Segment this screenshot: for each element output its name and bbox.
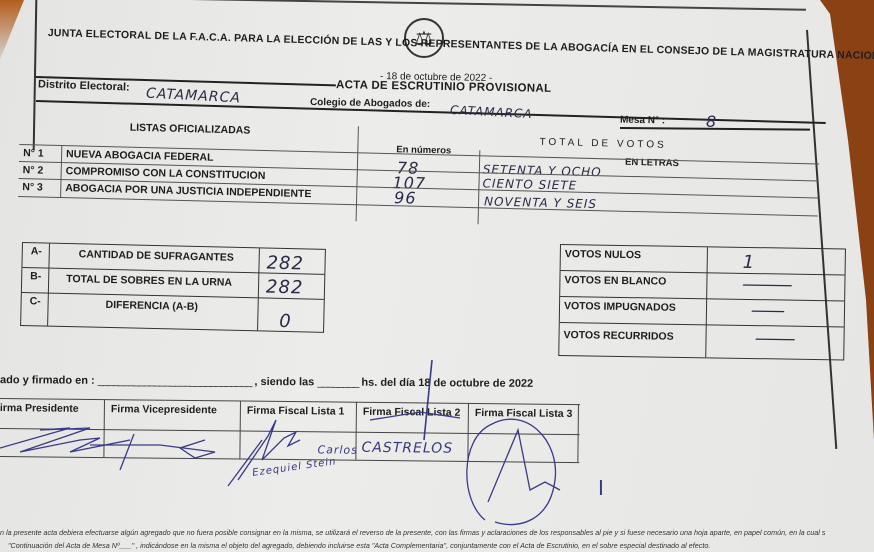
row-key: A- bbox=[31, 245, 42, 257]
date-text: hs. del día 18 de octubre de 2022 bbox=[361, 377, 533, 390]
votes-value: — bbox=[740, 274, 794, 296]
signatures-table: irma Presidente Firma Vicepresidente Fir… bbox=[0, 398, 580, 464]
column-divider bbox=[705, 247, 708, 357]
list-votes: 96 bbox=[394, 188, 417, 208]
row-divider bbox=[560, 322, 844, 327]
header-presidente: irma Presidente bbox=[0, 398, 104, 419]
list-votes-letters: NOVENTA Y SEIS bbox=[484, 194, 597, 211]
document: ⚖ JUNTA ELECTORAL DE LA F.A.C.A. PARA LA… bbox=[0, 0, 874, 552]
votes-label: VOTOS IMPUGNADOS bbox=[564, 300, 676, 314]
time-blank[interactable]: ________ bbox=[317, 376, 358, 388]
votes-value: — bbox=[750, 300, 786, 322]
lists-header: LISTAS OFICIALIZADAS bbox=[130, 122, 251, 137]
mesa-label: Mesa N° : bbox=[620, 115, 665, 127]
row-value: 282 bbox=[266, 277, 304, 299]
footnote-line-2: "Continuación del Acta de Mesa Nº___" , … bbox=[8, 541, 710, 550]
row-value: 0 bbox=[279, 311, 292, 332]
fiscal-1-signature-text: Carlos bbox=[317, 443, 358, 456]
closing-line: ado y firmado en : _____________________… bbox=[0, 374, 533, 390]
row-value: 282 bbox=[266, 253, 304, 275]
header-vicepresidente: Firma Vicepresidente bbox=[103, 399, 240, 458]
fiscal-2-signature-text: CASTRELOS bbox=[361, 440, 453, 457]
footnote-line-1: n la presente acta debiera efectuarse al… bbox=[0, 528, 825, 537]
signed-at-label: ado y firmado en : bbox=[0, 374, 95, 387]
header-fiscal-3: Firma Fiscal Lista 3 bbox=[467, 403, 578, 462]
votes-value: 1 bbox=[743, 252, 756, 273]
column-divider bbox=[47, 244, 50, 326]
row-key: B- bbox=[30, 270, 41, 282]
colegio-value: CATAMARCA bbox=[450, 103, 533, 121]
fiscal-3-signature-text: I bbox=[598, 476, 605, 500]
form-title: ACTA DE ESCRUTINIO PROVISIONAL bbox=[336, 79, 552, 95]
summary-table: A- CANTIDAD DE SUFRAGANTES 282 B- TOTAL … bbox=[20, 242, 326, 333]
votes-label: VOTOS RECURRIDOS bbox=[563, 329, 673, 343]
column-divider bbox=[257, 248, 260, 330]
row-key: C- bbox=[30, 295, 41, 307]
votes-label: VOTOS NULOS bbox=[565, 248, 641, 261]
row-label: TOTAL DE SOBRES EN LA URNA bbox=[66, 273, 232, 289]
special-votes-table: VOTOS NULOS 1 VOTOS EN BLANCO — VOTOS IM… bbox=[558, 244, 846, 360]
total-header: TOTAL DE VOTOS bbox=[539, 137, 666, 151]
header-title: JUNTA ELECTORAL DE LA F.A.C.A. PARA LA E… bbox=[48, 27, 874, 63]
row-label: DIFERENCIA (A-B) bbox=[105, 299, 198, 313]
distrito-label: Distrito Electoral: bbox=[38, 78, 130, 93]
place-blank[interactable]: ______________________________ bbox=[98, 375, 252, 388]
votes-value: — bbox=[753, 328, 797, 350]
row-label: CANTIDAD DE SUFRAGANTES bbox=[79, 248, 234, 264]
lists-table: LISTAS OFICIALIZADAS TOTAL DE VOTOS En n… bbox=[18, 118, 828, 238]
list-number: N° 3 bbox=[18, 179, 60, 197]
siendo-label: , siendo las bbox=[254, 376, 314, 388]
colegio-label: Colegio de Abogados de: bbox=[310, 97, 430, 110]
votes-label: VOTOS EN BLANCO bbox=[564, 274, 666, 288]
